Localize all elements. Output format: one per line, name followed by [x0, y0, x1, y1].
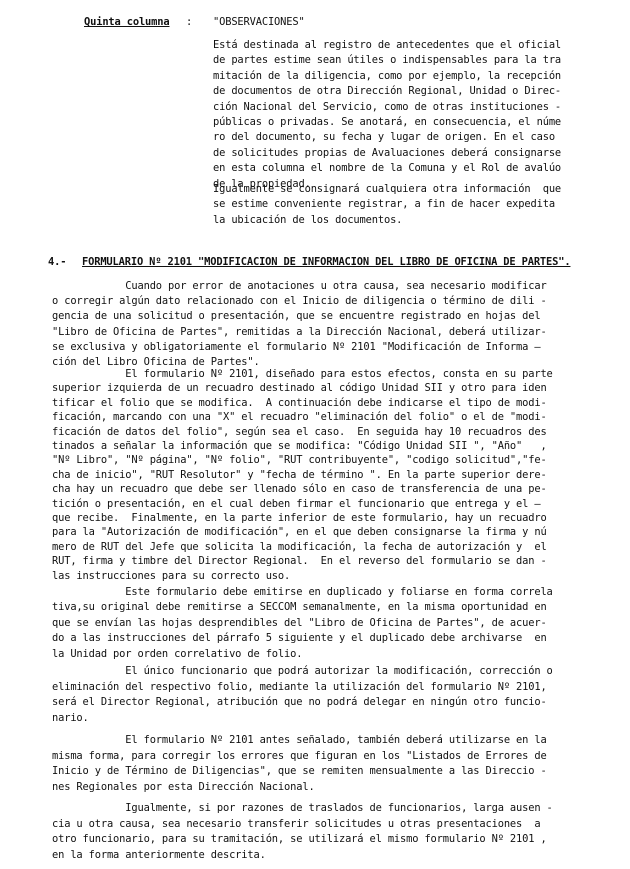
text-line: eliminación del respectivo folio, median…: [52, 681, 547, 694]
column-label: Quinta columna: [84, 16, 169, 29]
text-line: se estime conveniente registrar, a fin d…: [213, 198, 555, 211]
text-line: otro funcionario, para su tramitación, s…: [52, 833, 547, 846]
text-line: en esta columna el nombre de la Comuna y…: [213, 162, 561, 175]
text-line: ficación de datos del folio", según sea …: [52, 426, 547, 439]
text-line: de solicitudes propias de Avaluaciones d…: [213, 147, 561, 160]
text-line: Cuando por error de anotaciones u otra c…: [52, 280, 547, 293]
text-line: gencia de una solicitud o presentación, …: [52, 310, 540, 323]
text-line: Inicio y de Término de Diligencias", que…: [52, 765, 547, 778]
text-line: tificar el folio que se modifica. A cont…: [52, 397, 547, 410]
text-line: públicas o privadas. Se anotará, en cons…: [213, 116, 561, 129]
text-line: la ubicación de los documentos.: [213, 214, 402, 227]
text-line: El formulario Nº 2101, diseñado para est…: [52, 368, 553, 381]
section-number: 4.-: [48, 256, 66, 269]
text-line: tinados a señalar la información que se …: [52, 440, 547, 453]
text-line: de partes estime sean útiles o indispens…: [213, 54, 561, 67]
text-line: nario.: [52, 712, 89, 725]
text-line: El formulario Nº 2101 antes señalado, ta…: [52, 734, 547, 747]
text-line: Está destinada al registro de antecedent…: [213, 39, 561, 52]
text-line: para la "Autorización de modificación", …: [52, 526, 547, 539]
text-line: "Nº Libro", "Nº página", "Nº folio", "RU…: [52, 454, 547, 467]
text-line: mitación de la diligencia, como por ejem…: [213, 70, 561, 83]
text-line: de documentos de otra Dirección Regional…: [213, 85, 561, 98]
text-line: nes Regionales por esta Dirección Nacion…: [52, 781, 315, 794]
text-line: o corregir algún dato relacionado con el…: [52, 295, 547, 308]
text-line: Este formulario debe emitirse en duplica…: [52, 586, 553, 599]
text-line: El único funcionario que podrá autorizar…: [52, 665, 553, 678]
section-title: FORMULARIO Nº 2101 "MODIFICACION DE INFO…: [82, 256, 570, 269]
text-line: tición o presentación, en el cual deben …: [52, 498, 540, 511]
text-line: ro del documento, su fecha y lugar de or…: [213, 131, 555, 144]
text-line: RUT, firma y timbre del Director Regiona…: [52, 555, 547, 568]
document-page: Quinta columna : "OBSERVACIONES" Está de…: [0, 0, 630, 869]
text-line: mero de RUT del Jefe que solicita la mod…: [52, 541, 547, 554]
text-line: que recibe. Finalmente, en la parte infe…: [52, 512, 547, 525]
text-line: do a las instrucciones del párrafo 5 sig…: [52, 632, 547, 645]
text-line: Igualmente se consignará cualquiera otra…: [213, 183, 561, 196]
text-line: cia u otra causa, sea necesario transfer…: [52, 818, 540, 831]
text-line: será el Director Regional, atribución qu…: [52, 696, 547, 709]
column-separator: :: [186, 16, 192, 29]
text-line: las instrucciones para su correcto uso.: [52, 570, 290, 583]
text-line: en la forma anteriormente descrita.: [52, 849, 266, 862]
text-line: superior izquierda de un recuadro destin…: [52, 382, 547, 395]
text-line: misma forma, para corregir los errores q…: [52, 750, 547, 763]
text-line: que se envían las hojas desprendibles de…: [52, 617, 547, 630]
text-line: ción Nacional del Servicio, como de otra…: [213, 101, 561, 114]
column-title: "OBSERVACIONES": [213, 16, 305, 29]
text-line: tiva,su original debe remitirse a SECCOM…: [52, 601, 547, 614]
text-line: cha de inicio", "RUT Resolutor" y "fecha…: [52, 469, 547, 482]
text-line: la Unidad por orden correlativo de folio…: [52, 648, 302, 661]
text-line: Igualmente, si por razones de traslados …: [52, 802, 553, 815]
text-line: ficación, marcando con una "X" el recuad…: [52, 411, 547, 424]
text-line: cha hay un recuadro que debe ser llenado…: [52, 483, 547, 496]
text-line: se exclusiva y obligatoriamente el formu…: [52, 341, 540, 354]
text-line: "Libro de Oficina de Partes", remitidas …: [52, 326, 547, 339]
